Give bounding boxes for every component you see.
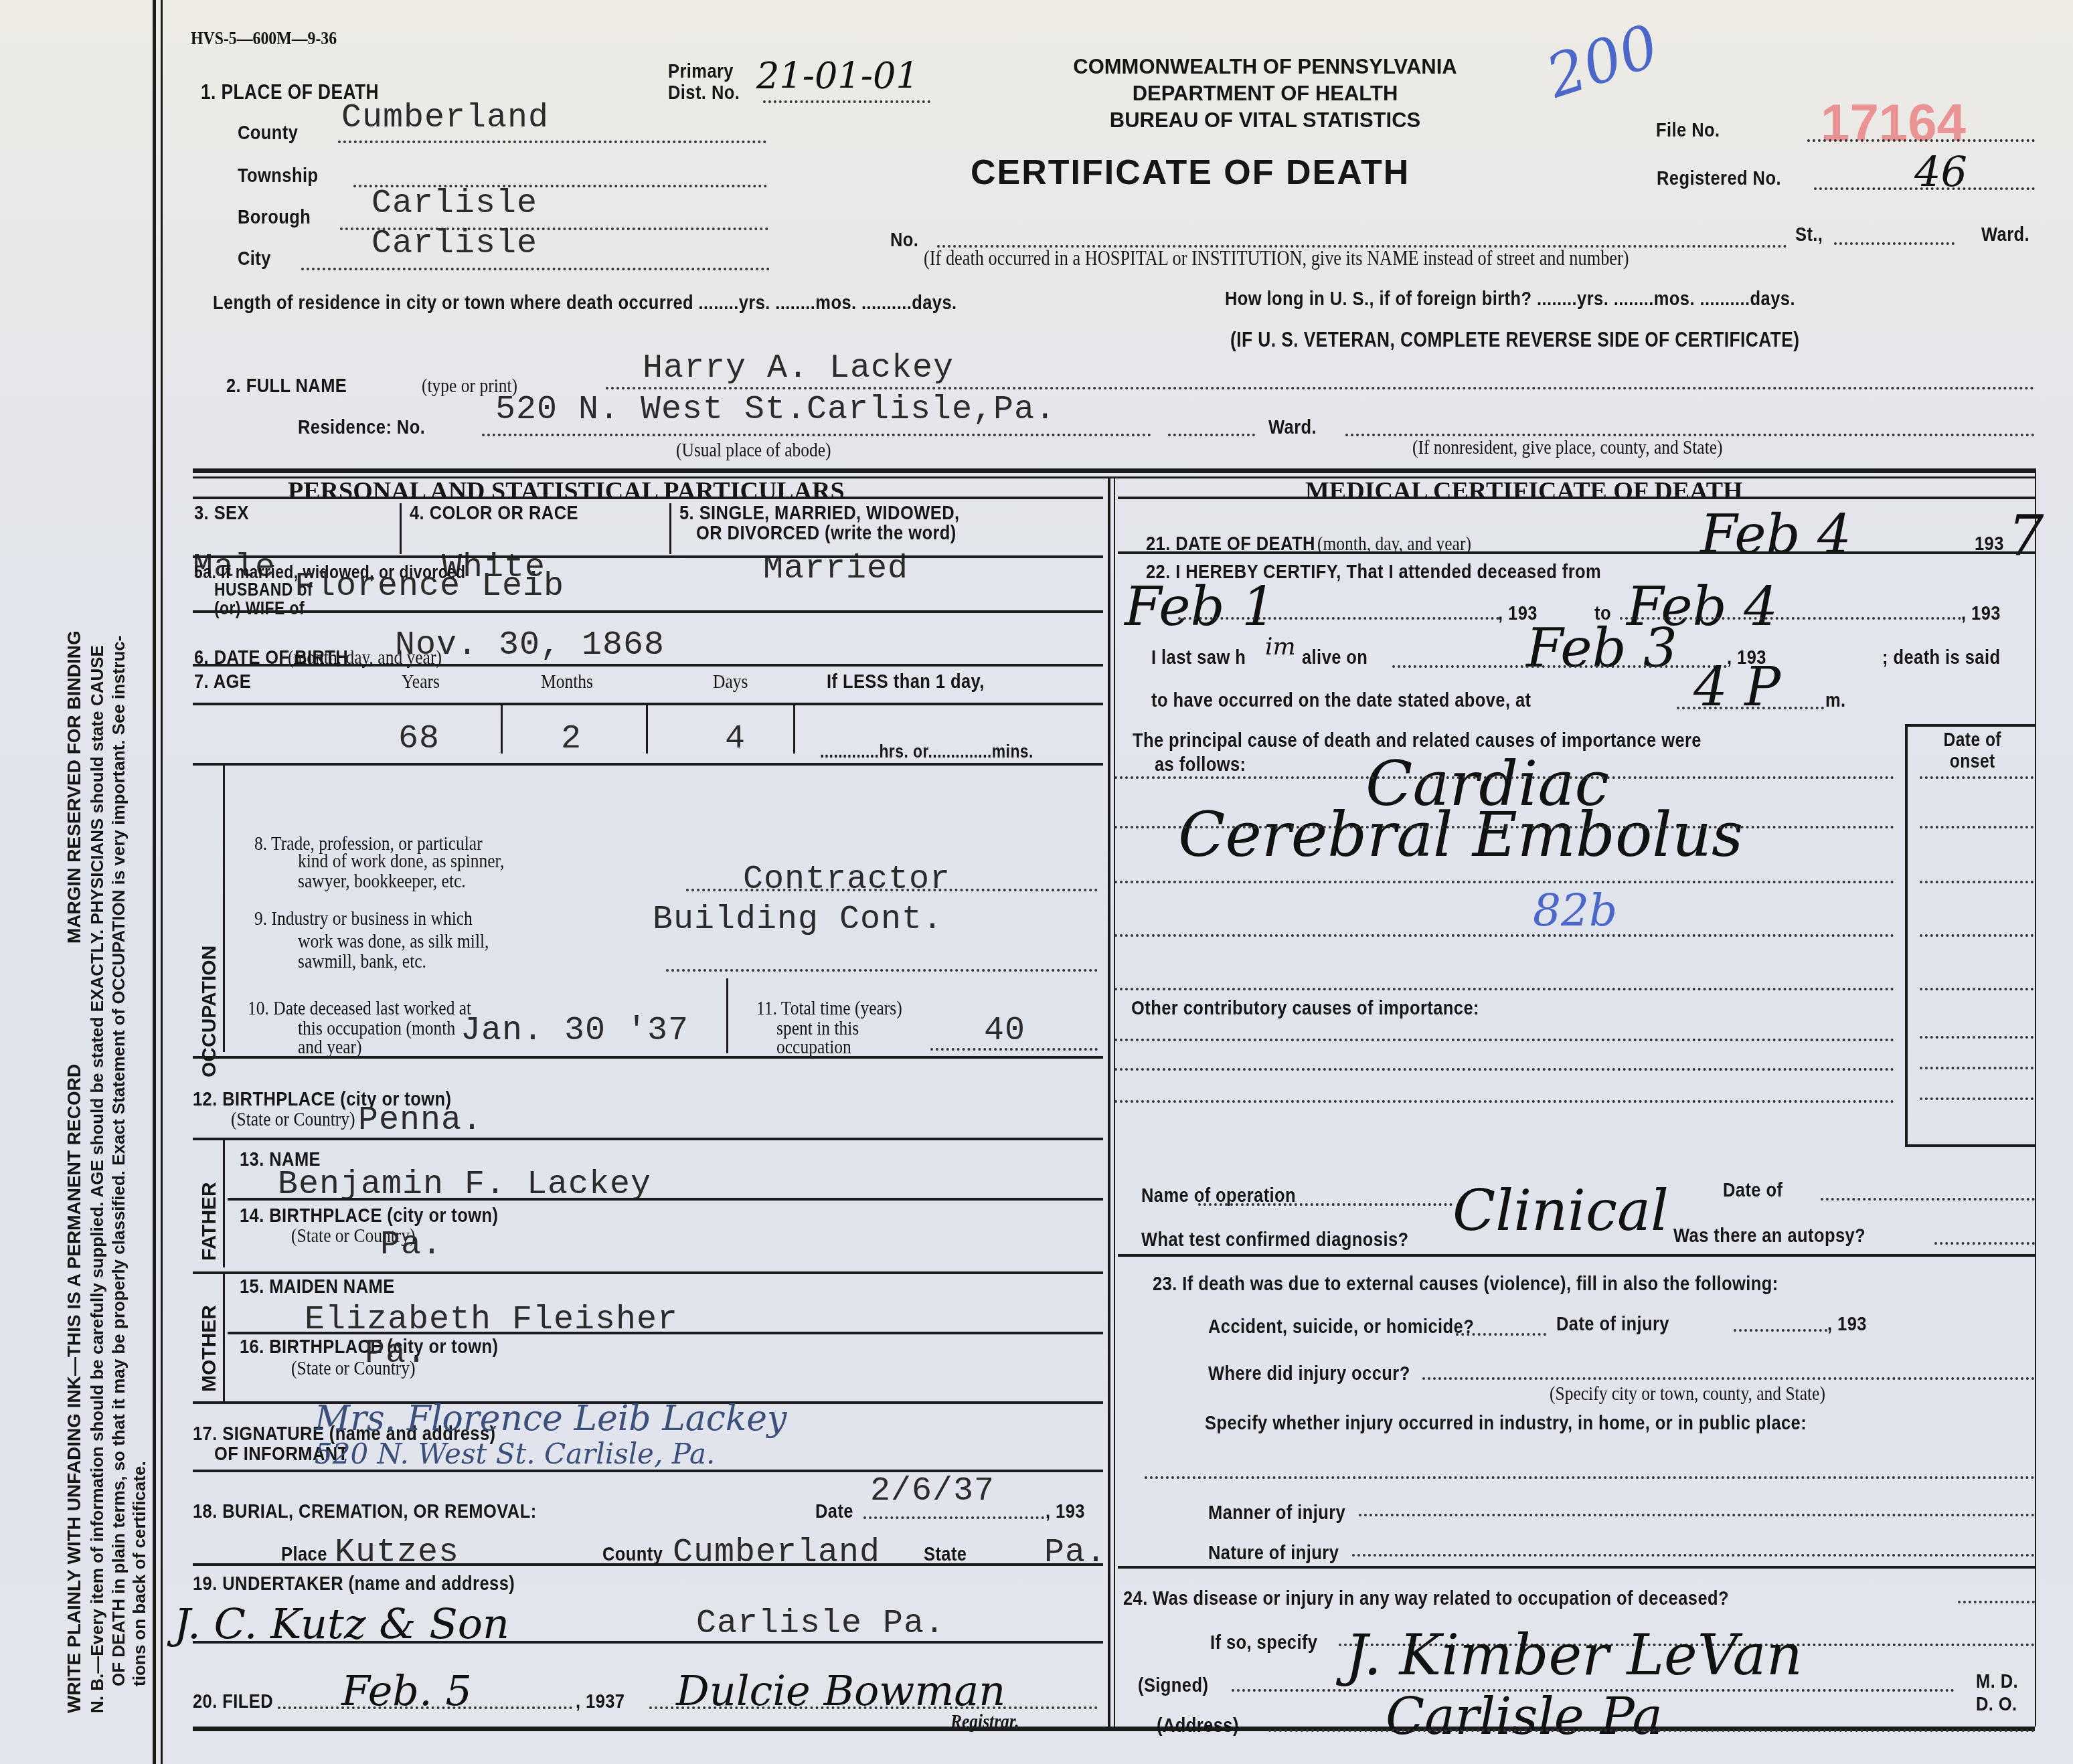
street-st-label: St., [1795,224,1823,246]
dist-no-line [763,100,930,103]
operation-line [1198,1203,1453,1206]
where-label: Where did injury occur? [1208,1362,1410,1385]
row-rule-6 [193,1056,1103,1059]
section-rule [193,468,2035,473]
onset-line-b [1920,826,2034,828]
m-label: m. [1825,689,1846,712]
burial-label: 18. BURIAL, CREMATION, OR REMOVAL: [193,1500,537,1523]
lastworked-divider [726,978,728,1053]
personal-rule [193,497,1103,499]
months-divider [646,703,648,754]
borough-label: Borough [238,206,311,229]
onset-box-bottom [1905,1144,2036,1147]
borough-value: Carlisle [371,185,537,223]
city-line [301,268,770,270]
years-label: Years [402,671,440,693]
row-rule-12 [193,1641,1103,1644]
occurred-label: to have occurred on the date stated abov… [1151,689,1531,712]
industry-value: Building Cont. [653,901,943,939]
file-no-line [1807,139,2035,142]
burial-date-line [863,1516,1044,1519]
industry-label-3: sawmill, bank, etc. [298,950,426,973]
county-value: Cumberland [341,99,549,137]
cause-line-c [1114,881,1894,883]
birthplace-value: Penna. [358,1101,483,1140]
burial-county-value: Cumberland [673,1534,880,1572]
margin-nb-line1: N. B.—Every item of information should b… [87,645,108,1713]
residence-value: 520 N. West St.Carlisle,Pa. [495,391,1056,429]
onset-line-d [1920,934,2034,937]
margin-binding-note: MARGIN RESERVED FOR BINDING [64,630,85,944]
agency-line3: BUREAU OF VITAL STATISTICS [1024,108,1506,133]
other-onset-c [1920,1097,2034,1100]
veteran-note: (IF U. S. VETERAN, COMPLETE REVERSE SIDE… [1230,328,1799,352]
industry-label-2: work was done, as silk mill, [298,930,489,953]
other-causes-label: Other contributory causes of importance: [1131,997,1479,1020]
residence-length: Length of residence in city or town wher… [213,292,957,315]
onset-box-top [1905,724,2036,727]
father-bp-value: Pa. [380,1226,442,1264]
full-name-line [606,387,2035,389]
physician-signature: J. Kimber LeVan [1345,1622,1803,1688]
injury-date-line [1734,1329,1827,1332]
mother-name-label: 15. MAIDEN NAME [240,1275,395,1298]
margin-nb-line3: tions on back of certificate. [129,1461,150,1686]
filed-line [278,1706,572,1709]
where-line [1422,1377,2035,1380]
last-saw-line [1392,665,1727,668]
injury-date-label: Date of injury [1556,1313,1669,1336]
burial-state-label: State [924,1543,967,1566]
last-saw-pronoun: im [1265,633,1296,660]
row-rule-2 [193,610,1103,613]
onset-label: Date of onset [1941,729,2004,772]
onset-box-left [1905,724,1908,1147]
marital-label-2: OR DIVORCED (write the word) [696,522,957,545]
form-code: HVS-5—600M—9-36 [191,28,337,50]
age-months-value: 2 [561,720,582,758]
address-label: (Address) [1157,1714,1239,1737]
onset-line-c [1920,881,2034,883]
years-divider [501,703,503,754]
registered-no-line [1814,187,2035,190]
industry-home-label: Specify whether injury occurred in indus… [1205,1412,1807,1435]
burial-date-value: 2/6/37 [870,1472,995,1510]
blue-annotation: 200 [1538,11,1667,112]
dod-rule [1118,551,2035,554]
totaltime-label-3: occupation [776,1036,851,1059]
medical-heading: MEDICAL CERTIFICATE OF DEATH [1305,476,1743,506]
signed-label: (Signed) [1138,1674,1208,1697]
manner-line [1359,1514,2035,1516]
physician-address: Carlisle Pa [1386,1686,1663,1746]
occupation-q-line [1958,1601,2035,1603]
test-label: What test confirmed diagnosis? [1141,1229,1409,1251]
industry-line [666,969,1098,972]
city-label: City [238,248,271,270]
certificate-title: CERTIFICATE OF DEATH [971,153,1410,193]
less-than-day-label: If LESS than 1 day, [827,671,985,693]
mother-side-label: MOTHER [198,1305,221,1392]
accident-label: Accident, suicide, or homicide? [1208,1316,1474,1338]
burial-year-suffix: , 193 [1046,1500,1085,1523]
burial-county-label: County [602,1543,663,1566]
residence-ward-label: Ward. [1268,416,1317,439]
undertaker-label: 19. UNDERTAKER (name and address) [193,1573,515,1595]
registered-no-label: Registered No. [1657,167,1781,190]
father-side-label: FATHER [198,1182,221,1261]
manner-label: Manner of injury [1208,1502,1345,1524]
occupation-question: 24. Was disease or injury in any way rel… [1123,1587,1729,1610]
days-label: Days [713,671,748,693]
margin-nb-line2: OF DEATH in plain terms, so that it may … [108,636,129,1686]
totaltime-label: 11. Total time (years) [756,997,902,1020]
operation-date-line [1821,1198,2035,1201]
age-label: 7. AGE [194,671,251,693]
lastworked-label-3: and year) [298,1036,362,1059]
row-rule-1 [193,555,1103,558]
residence-label: Residence: No. [298,416,425,439]
injury-rule [1118,1566,2035,1569]
father-bp-label: 14. BIRTHPLACE (city or town) [240,1205,498,1227]
right-border [2035,468,2036,1727]
cause-line-d [1114,934,1894,937]
row-rule-7 [193,1138,1103,1140]
filed-year: , 1937 [576,1690,625,1713]
county-line [338,141,766,143]
cause-label-2: as follows: [1155,754,1246,776]
occupation-bracket [223,764,225,1052]
other-onset-b [1920,1067,2034,1069]
margin-ink-note: WRITE PLAINLY WITH UNFADING INK—THIS IS … [64,1064,85,1713]
days-divider [793,703,795,754]
street-no-label: No. [890,229,918,252]
father-bracket [223,1140,225,1267]
other-onset-a [1920,1036,2034,1039]
industry-label: 9. Industry or business in which [254,907,473,930]
full-name-value: Harry A. Lackey [643,349,954,387]
father-rule [228,1198,1103,1201]
undertaker-address: Carlisle Pa. [696,1605,945,1643]
cause-line-e [1114,988,1894,990]
nature-label: Nature of injury [1208,1542,1339,1565]
dist-no-value: 21-01-01 [756,55,919,97]
city-value: Carlisle [371,225,537,263]
race-label: 4. COLOR OR RACE [410,502,578,525]
file-no-stamp: 17164 [1821,92,1966,153]
external-label: 23. If death was due to external causes … [1153,1273,1778,1296]
row-rule-4 [193,703,1103,705]
abode-note: (Usual place of abode) [676,439,831,462]
row-rule-11 [193,1563,1103,1566]
industry-home-line [1145,1476,2035,1479]
alive-on-label: alive on [1302,646,1367,669]
trade-label-3: sawyer, bookkeeper, etc. [298,870,466,893]
ifso-label: If so, specify [1210,1631,1317,1654]
file-no-label: File No. [1656,119,1720,142]
dod-year-digit: 7 [2008,503,2044,569]
residence-st-line [1168,434,1255,436]
residence-line [482,434,1151,436]
accident-line [1456,1333,1546,1336]
death-said-label: ; death is said [1882,646,2000,669]
trade-line [686,889,1098,891]
spouse-value: Florence Leib [295,567,564,606]
margin-rule [153,0,156,1764]
operation-date-label: Date of [1723,1179,1782,1202]
age-days-value: 4 [725,720,746,758]
street-ward-label: Ward. [1981,224,2029,246]
mother-bp-value: Pa. [365,1334,427,1373]
hospital-note: (If death occurred in a HOSPITAL or INST… [924,246,1629,270]
primary-label: Primary [668,60,734,83]
medical-rule [1118,497,2035,499]
cause-code: 82b [1533,885,1617,936]
burial-place-value: Kutzes [335,1534,459,1572]
foreign-birth: How long in U. S., if of foreign birth? … [1225,288,1795,311]
test-rule [1118,1254,2035,1257]
agency-line2: DEPARTMENT OF HEALTH [1024,82,1506,106]
row-rule-8 [193,1271,1103,1274]
lastworked-label: 10. Date deceased last worked at [248,997,471,1020]
birthplace-label-2: (State or Country) [231,1108,355,1131]
mother-rule [228,1332,1103,1334]
trade-value: Contractor [743,861,950,899]
race-divider [669,503,671,554]
dod-value: Feb 4 [1700,503,1851,565]
spouse-label-3: (or) WIFE of [214,598,305,619]
other-line-a [1114,1039,1894,1041]
burial-place-label: Place [281,1543,327,1566]
injury-year: , 193 [1827,1313,1867,1336]
nature-line [1352,1554,2035,1557]
address-line [1268,1729,2035,1732]
last-saw-date: Feb 3 [1526,617,1677,679]
months-label: Months [541,671,593,693]
trade-label-2: kind of work done, as spinner, [298,850,504,873]
agency-line1: COMMONWEALTH OF PENNSYLVANIA [1024,55,1506,79]
time-line [1677,707,1824,709]
row-rule-3 [193,664,1103,667]
street-ward-line [1834,242,1955,245]
sex-divider [400,503,402,554]
marital-label: 5. SINGLE, MARRIED, WIDOWED, [679,502,960,525]
dist-no-label: Dist. No. [668,82,740,104]
other-line-b [1114,1068,1894,1071]
column-divider [1108,476,1110,1727]
registrar-line [649,1706,1098,1709]
burial-state-value: Pa. [1044,1534,1106,1572]
mother-bracket [223,1274,225,1401]
age-years-value: 68 [398,720,440,758]
do-label: D. O. [1976,1693,2017,1716]
hrs-mins-label: .............hrs. or..............mins. [820,741,1033,762]
onset-line-e [1920,988,2034,990]
full-name-label: 2. FULL NAME [226,375,347,398]
cause-line-2: Cerebral Embolus [1178,799,1743,871]
cause-line-b [1114,826,1894,828]
last-saw-label: I last saw h [1151,646,1246,669]
attended-to-year: , 193 [1961,602,2001,625]
township-label: Township [238,165,319,187]
cause-line-a [1114,776,1894,779]
specify-note: (Specify city or town, county, and State… [1550,1383,1825,1405]
nonresident-note: (If nonresident, give place, county, and… [1412,436,1723,459]
test-value: Clinical [1453,1178,1669,1243]
lastworked-value: Jan. 30 '37 [461,1012,689,1050]
totaltime-line [930,1048,1098,1051]
onset-line-a [1920,776,2034,779]
county-label: County [238,122,298,145]
row-rule-5 [193,763,1103,766]
filed-label: 20. FILED [193,1690,273,1713]
other-line-c [1114,1100,1894,1103]
burial-date-label: Date [815,1500,853,1523]
attended-from-line [1178,617,1499,620]
autopsy-label: Was there an autopsy? [1673,1225,1865,1247]
margin-rule-inner [161,0,163,1764]
md-label: M. D. [1976,1670,2018,1693]
informant-address: 520 N. West St. Carlisle, Pa. [315,1437,715,1470]
informant-signature: Mrs. Florence Leib Lackey [315,1399,786,1439]
attended-from: Feb 1 [1125,576,1276,638]
autopsy-line [1934,1242,2035,1245]
dob-value: Nov. 30, 1868 [395,626,665,665]
death-certificate: MARGIN RESERVED FOR BINDING WRITE PLAINL… [0,0,2073,1764]
sex-label: 3. SEX [194,502,249,525]
totaltime-value: 40 [984,1012,1025,1050]
